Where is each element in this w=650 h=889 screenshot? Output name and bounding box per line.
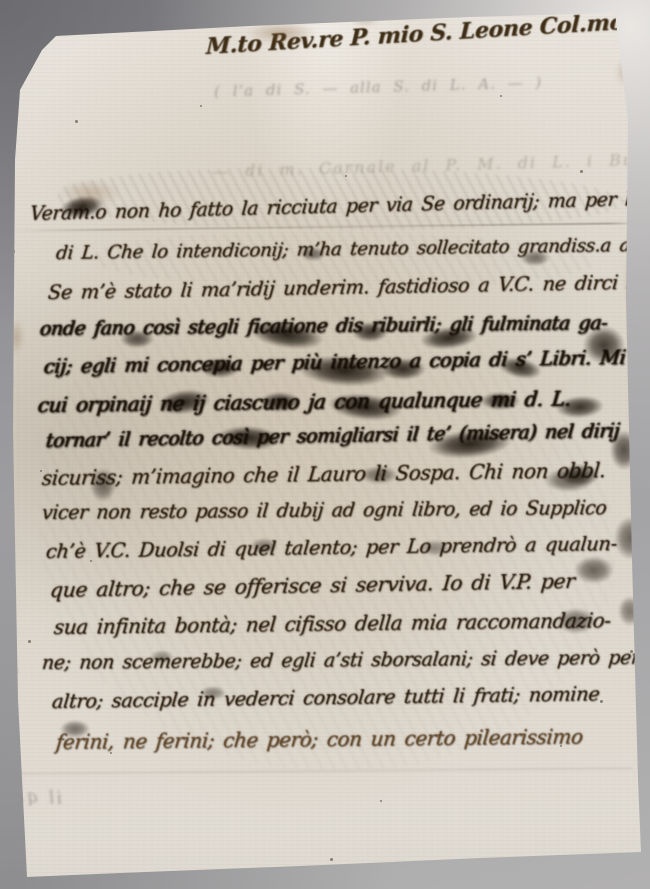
ink-blot [420,540,450,556]
ink-blot [360,466,398,484]
ghost-fragment: ben ij [0,372,14,389]
ink-speck [40,470,42,472]
ink-blot [300,247,326,261]
ink-blot [610,430,638,470]
ink-blot [480,392,520,410]
ink-blot [60,720,90,738]
ghost-fragment: di poi [0,436,12,454]
letter-paper-sheet: — di m. Carnale al P. M. di L. i Buon’ A… [0,0,650,889]
paper-stain [616,58,634,86]
ink-blot [583,326,625,364]
ink-blot [614,516,648,560]
ink-blot [90,468,116,502]
ink-blot [200,358,240,378]
photograph-of-manuscript-letter: — di m. Carnale al P. M. di L. i Buon’ A… [0,0,650,889]
ghost-fragment: eme di [0,252,14,270]
ink-speck [28,640,31,643]
ghost-fragment: se ne [0,587,16,604]
ink-speck [500,95,502,97]
ink-blot [120,330,154,348]
ink-speck [580,170,583,173]
ink-speck [640,210,643,213]
ink-speck [110,752,112,754]
ink-blot [574,556,614,584]
ink-speck [380,800,382,802]
ink-blot [150,650,174,664]
ink-speck [600,700,603,703]
ghost-fragment: Sua al [0,310,12,328]
ink-speck [630,650,633,653]
ink-blot [250,538,278,554]
ink-speck [200,105,202,107]
ink-speck [12,250,15,253]
paper-stain [624,250,638,310]
ink-speck [90,560,92,562]
ink-blot [618,596,642,626]
ink-speck [560,745,562,747]
ink-blot [544,468,594,492]
ink-blot [556,608,596,634]
ink-blot [200,686,226,700]
ghost-fragment: al P. [0,662,18,679]
paper-stain [60,180,120,206]
paper-stain [8,320,24,354]
ghost-fragment: anco l’ [0,508,14,526]
ink-blot [352,322,388,342]
ink-speck [330,858,333,861]
ink-speck [75,120,78,123]
ink-blot [520,250,550,266]
ink-blot [380,358,426,380]
paper-stain [246,22,316,44]
ink-blot [260,392,300,412]
ink-speck [345,175,347,177]
paper-stain [350,14,380,26]
